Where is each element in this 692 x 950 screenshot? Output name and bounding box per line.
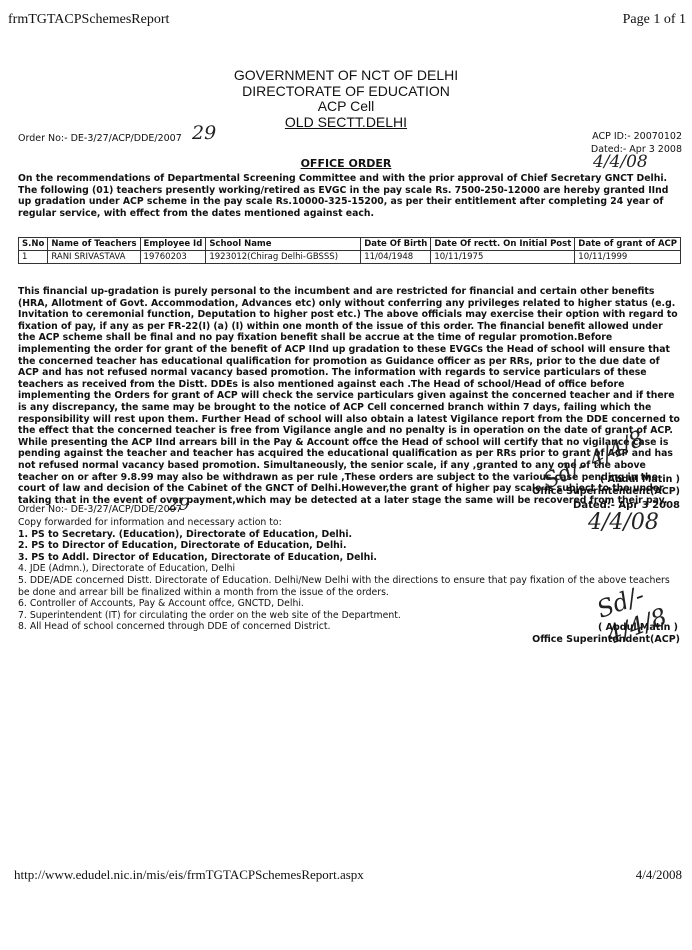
table-header-row: S.No Name of Teachers Employee Id School…	[19, 238, 681, 251]
heading-address: OLD SECTT.DELHI	[0, 115, 692, 131]
handwritten-copy-order-number: 29	[168, 495, 190, 515]
cell-recruitment-date: 10/11/1975	[431, 251, 575, 264]
cell-name: RANI SRIVASTAVA	[48, 251, 140, 264]
cell-school: 1923012(Chirag Delhi-GBSSS)	[206, 251, 361, 264]
copy-item: 7. Superintendent (IT) for circulating t…	[18, 610, 682, 622]
col-name: Name of Teachers	[48, 238, 140, 251]
signatory-name-1: ( Abdul Matin )	[600, 474, 680, 485]
intro-paragraph: On the recommendations of Departmental S…	[18, 173, 682, 219]
copy-order-number: Order No:- DE-3/27/ACP/DDE/2007	[18, 504, 182, 515]
document-heading: GOVERNMENT OF NCT OF DELHI DIRECTORATE O…	[0, 68, 692, 130]
copy-intro: Copy forwarded for information and neces…	[18, 517, 682, 529]
cell-employee-id: 19760203	[140, 251, 206, 264]
col-school: School Name	[206, 238, 361, 251]
col-employee-id: Employee Id	[140, 238, 206, 251]
copy-item: 5. DDE/ADE concerned Distt. Directorate …	[18, 575, 682, 598]
col-sno: S.No	[19, 238, 48, 251]
cell-dob: 11/04/1948	[361, 251, 431, 264]
print-footer-date: 4/4/2008	[636, 867, 682, 883]
signatory-name-2: ( Abdul Matin )	[598, 622, 678, 633]
copy-item: 6. Controller of Accounts, Pay & Account…	[18, 598, 682, 610]
table-row: 1 RANI SRIVASTAVA 19760203 1923012(Chira…	[19, 251, 681, 264]
teachers-table: S.No Name of Teachers Employee Id School…	[18, 237, 681, 264]
acp-id: ACP ID:- 20070102	[592, 131, 682, 142]
cell-sno: 1	[19, 251, 48, 264]
heading-directorate: DIRECTORATE OF EDUCATION	[0, 84, 692, 100]
col-recruitment-date: Date Of rectt. On Initial Post	[431, 238, 575, 251]
print-header-page: Page 1 of 1	[623, 12, 686, 28]
cell-acp-date: 10/11/1999	[575, 251, 681, 264]
signatory-title-1: Office Superintendent(ACP)	[532, 486, 680, 497]
print-footer-url: http://www.edudel.nic.in/mis/eis/frmTGTA…	[14, 867, 364, 883]
heading-cell: ACP Cell	[0, 99, 692, 115]
copy-item: 2. PS to Director of Education, Director…	[18, 540, 682, 552]
col-dob: Date Of Birth	[361, 238, 431, 251]
col-acp-date: Date of grant of ACP	[575, 238, 681, 251]
heading-government: GOVERNMENT OF NCT OF DELHI	[0, 68, 692, 84]
order-number: Order No:- DE-3/27/ACP/DDE/2007	[18, 133, 182, 144]
handwritten-order-number: 29	[192, 122, 216, 144]
copy-item: 1. PS to Secretary. (Education), Directo…	[18, 529, 682, 541]
copy-forward-list: Copy forwarded for information and neces…	[18, 517, 682, 633]
copy-item: 8. All Head of school concerned through …	[18, 621, 682, 633]
copy-item: 3. PS to Addl. Director of Education, Di…	[18, 552, 682, 564]
print-header-title: frmTGTACPSchemesReport	[8, 12, 169, 28]
copy-item: 4. JDE (Admn.), Directorate of Education…	[18, 563, 682, 575]
office-order-title-text: OFFICE ORDER	[301, 157, 392, 170]
signatory-title-2: Office Superintendent(ACP)	[532, 634, 680, 645]
office-order-title: OFFICE ORDER	[0, 157, 692, 170]
